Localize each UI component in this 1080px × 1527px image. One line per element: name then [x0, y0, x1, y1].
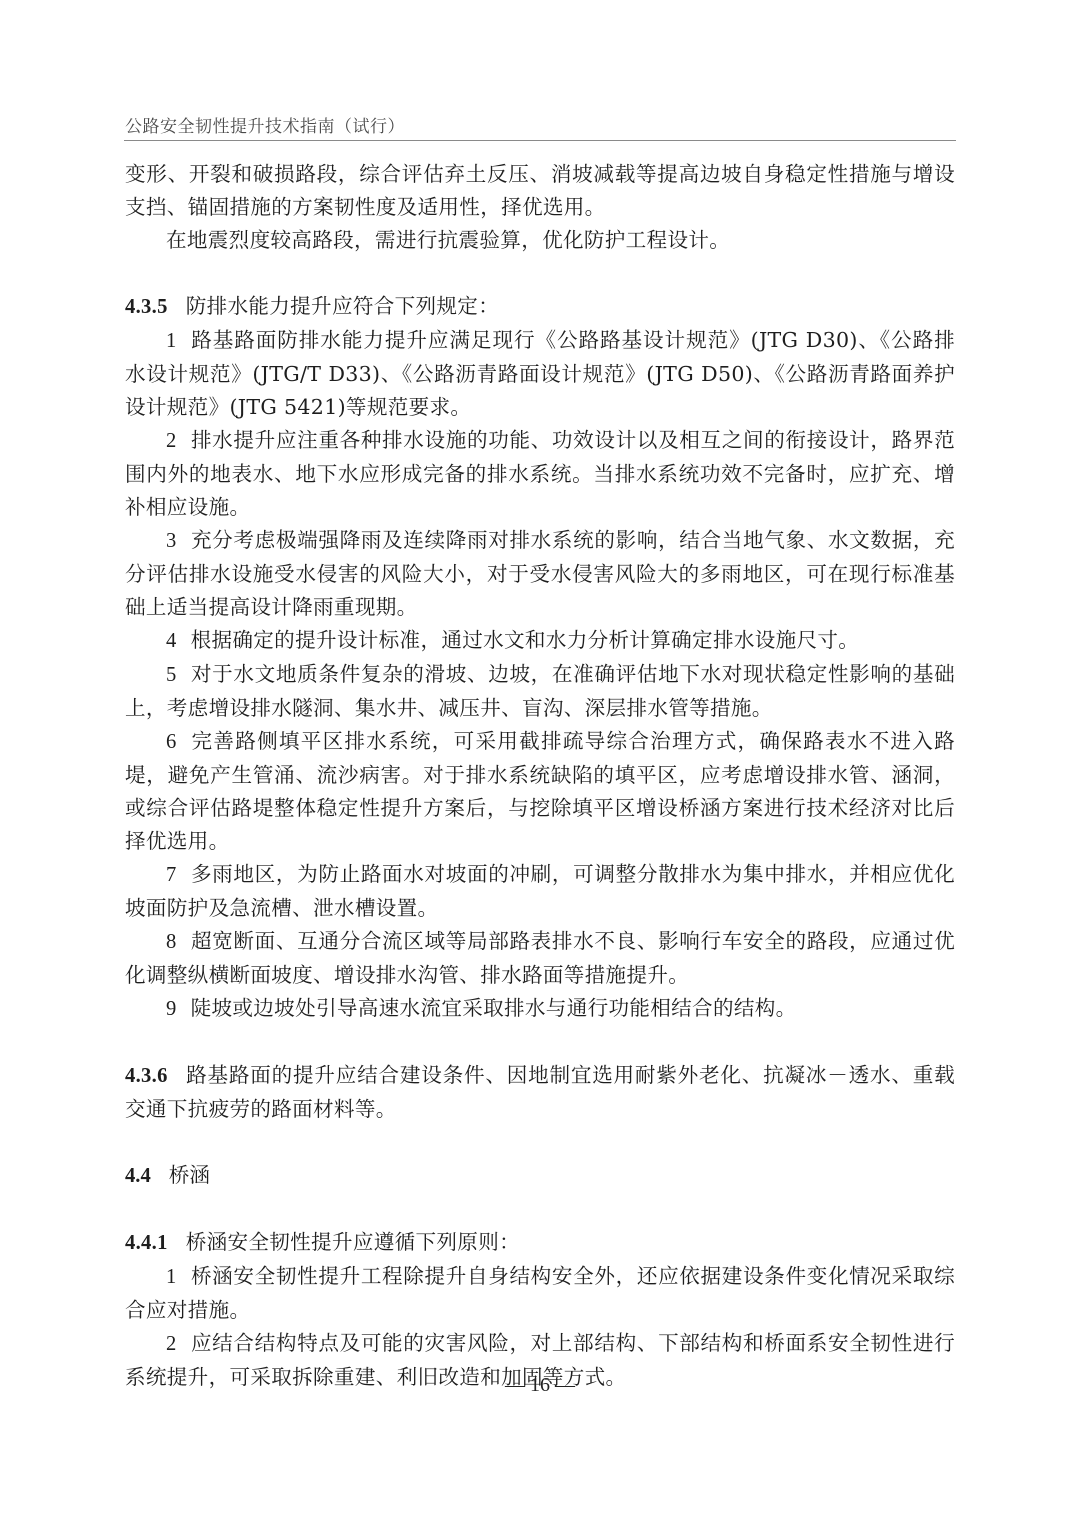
clause-number: 4.4.1	[125, 1232, 168, 1254]
list-item: 4根据确定的提升设计标准，通过水文和水力分析计算确定排水设施尺寸。	[125, 624, 955, 658]
continuation-paragraph: 变形、开裂和破损路段，综合评估弃土反压、消坡减载等提高边坡自身稳定性措施与增设支…	[125, 158, 955, 224]
list-item: 1桥涵安全韧性提升工程除提升自身结构安全外，还应依据建设条件变化情况采取综合应对…	[125, 1260, 955, 1327]
running-header: 公路安全韧性提升技术指南（试行）	[125, 112, 955, 137]
clause-4-3-6: 4.3.6路基路面的提升应结合建设条件、因地制宜选用耐紫外老化、抗凝冰－透水、重…	[125, 1059, 955, 1126]
header-divider	[124, 140, 956, 141]
section-4-4-heading: 4.4桥涵	[125, 1159, 955, 1193]
clause-number: 4.3.5	[125, 296, 168, 318]
list-item: 6完善路侧填平区排水系统，可采用截排疏导综合治理方式，确保路表水不进入路堤，避免…	[125, 725, 955, 858]
page-body: 变形、开裂和破损路段，综合评估弃土反压、消坡减载等提高边坡自身稳定性措施与增设支…	[125, 158, 955, 1394]
list-item: 9陡坡或边坡处引导高速水流宜采取排水与通行功能相结合的结构。	[125, 992, 955, 1026]
clause-4-4-1-heading: 4.4.1桥涵安全韧性提升应遵循下列原则：	[125, 1226, 955, 1260]
section-title: 桥涵	[169, 1163, 210, 1187]
list-item: 2排水提升应注重各种排水设施的功能、功效设计以及相互之间的衔接设计，路界范围内外…	[125, 424, 955, 524]
list-item: 5对于水文地质条件复杂的滑坡、边坡，在准确评估地下水对现状稳定性影响的基础上，考…	[125, 658, 955, 725]
seismic-paragraph: 在地震烈度较高路段，需进行抗震验算，优化防护工程设计。	[125, 224, 955, 257]
list-item: 1路基路面防排水能力提升应满足现行《公路路基设计规范》(JTG D30)、《公路…	[125, 324, 955, 424]
list-item: 7多雨地区，为防止路面水对坡面的冲刷，可调整分散排水为集中排水，并相应优化坡面防…	[125, 858, 955, 925]
section-number: 4.4	[125, 1165, 151, 1187]
clause-title: 防排水能力提升应符合下列规定：	[186, 294, 499, 318]
list-item: 8超宽断面、互通分合流区域等局部路表排水不良、影响行车安全的路段，应通过优化调整…	[125, 925, 955, 992]
clause-number: 4.3.6	[125, 1065, 168, 1087]
list-item: 3充分考虑极端强降雨及连续降雨对排水系统的影响，结合当地气象、水文数据，充分评估…	[125, 524, 955, 624]
clause-title: 桥涵安全韧性提升应遵循下列原则：	[186, 1230, 520, 1254]
clause-4-3-5-heading: 4.3.5防排水能力提升应符合下列规定：	[125, 290, 955, 324]
page-number: — 16 —	[0, 1374, 1080, 1397]
